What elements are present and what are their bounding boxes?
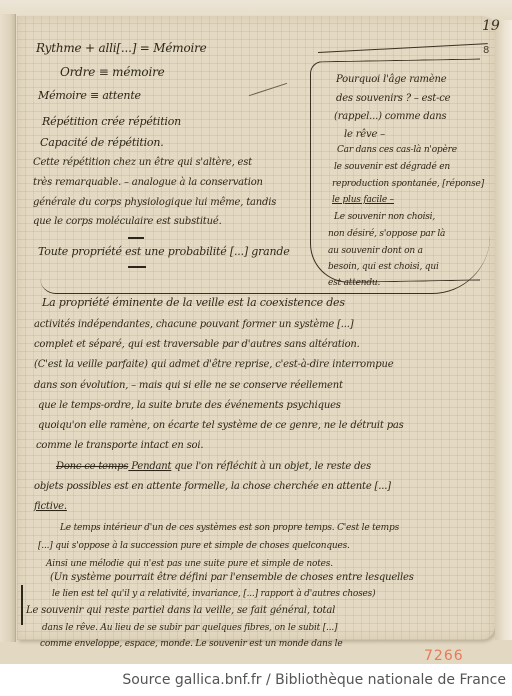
line-memoire: Mémoire ≡ attente bbox=[38, 90, 141, 101]
body-line: comme le transporte intact en soi. bbox=[36, 441, 203, 451]
body-line: le lien est tel qu'il y a relativité, in… bbox=[52, 590, 375, 599]
note-line: Le souvenir non choisi, bbox=[334, 213, 435, 222]
line-generale: générale du corps physiologique lui même… bbox=[33, 198, 276, 208]
body-text: que l'on réfléchit à un objet, le reste … bbox=[171, 461, 371, 472]
manuscript-scan: 19 8 Rythme + alli[...] = Mémoire Ordre … bbox=[0, 0, 512, 664]
body-line: Ainsi une mélodie qui n'est pas une suit… bbox=[46, 560, 333, 569]
line-cette-repetition: Cette répétition chez un être qui s'altè… bbox=[33, 158, 252, 168]
page-number: 19 bbox=[482, 18, 500, 34]
underlined-text: Pendant bbox=[128, 461, 171, 472]
body-line: (Un système pourrait être défini par l'e… bbox=[50, 573, 414, 583]
body-line: activités indépendantes, chacune pouvant… bbox=[34, 320, 353, 330]
body-line: La propriété éminente de la veille est l… bbox=[42, 297, 345, 308]
dash-mark bbox=[128, 237, 144, 239]
body-line: dans son évolution, – mais qui si elle n… bbox=[34, 381, 343, 391]
note-line: besoin, qui est choisi, qui bbox=[328, 263, 439, 272]
line-capacite: Capacité de répétition. bbox=[40, 137, 164, 148]
body-line: Donc ce temps Pendant que l'on réfléchit… bbox=[56, 462, 371, 472]
body-line: Le temps intérieur d'un de ces systèmes … bbox=[60, 524, 399, 533]
note-line: le souvenir est dégradé en bbox=[334, 163, 450, 172]
note-line: le plus facile – bbox=[332, 196, 394, 205]
line-rythme: Rythme + alli[...] = Mémoire bbox=[36, 42, 207, 54]
note-line: des souvenirs ? – est-ce bbox=[336, 94, 450, 104]
body-line: Le souvenir qui reste partiel dans la ve… bbox=[26, 606, 335, 616]
page-number-secondary: 8 bbox=[483, 45, 489, 56]
line-repetition: Répétition crée répétition bbox=[42, 116, 181, 127]
source-credit-text: Source gallica.bnf.fr / Bibliothèque nat… bbox=[122, 672, 506, 688]
body-line: comme enveloppe, espace, monde. Le souve… bbox=[40, 640, 342, 649]
note-line: non désiré, s'oppose par là bbox=[328, 230, 445, 239]
note-line: est attendu. bbox=[328, 279, 380, 288]
line-moleculaire: que le corps moléculaire est substitué. bbox=[33, 217, 222, 227]
page-edge bbox=[495, 20, 512, 640]
note-line: Pourquoi l'âge ramène bbox=[336, 75, 447, 85]
body-line: [...] qui s'oppose à la succession pure … bbox=[38, 542, 350, 551]
body-line: (C'est la veille parfaite) qui admet d'ê… bbox=[34, 360, 393, 370]
body-line: quoiqu'on elle ramène, on écarte tel sys… bbox=[38, 421, 404, 431]
dash-mark bbox=[128, 266, 146, 268]
body-line: fictive. bbox=[34, 502, 67, 512]
note-line: reproduction spontanée, [réponse] bbox=[332, 180, 484, 189]
line-ordre: Ordre ≡ mémoire bbox=[60, 66, 165, 78]
notebook-spine bbox=[0, 14, 16, 642]
line-remarquable: très remarquable. – analogue à la conser… bbox=[33, 178, 263, 188]
line-propriete: Toute propriété est une probabilité [...… bbox=[38, 246, 290, 257]
folio-stamp: 7266 bbox=[424, 648, 464, 664]
note-line: le rêve – bbox=[344, 130, 385, 140]
source-credit: Source gallica.bnf.fr / Bibliothèque nat… bbox=[0, 664, 512, 696]
document-viewer: 19 8 Rythme + alli[...] = Mémoire Ordre … bbox=[0, 0, 512, 696]
body-line: complet et séparé, qui est traversable p… bbox=[34, 340, 360, 350]
note-line: au souvenir dont on a bbox=[328, 247, 423, 256]
body-line: que le temps-ordre, la suite brute des é… bbox=[38, 401, 341, 411]
struck-text: Donc ce temps bbox=[56, 461, 128, 472]
margin-mark bbox=[21, 585, 23, 625]
body-line: objets possibles est en attente formelle… bbox=[34, 482, 391, 492]
note-line: Car dans ces cas-là n'opère bbox=[337, 146, 457, 155]
body-line: dans le rêve. Au lieu de se subir par qu… bbox=[42, 624, 337, 633]
note-line: (rappel...) comme dans bbox=[334, 112, 446, 122]
